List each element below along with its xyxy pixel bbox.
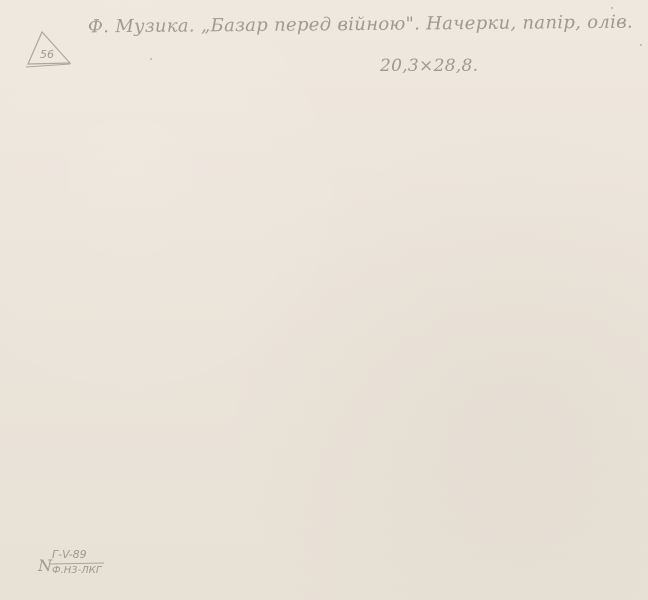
catalog-number: 56 (40, 48, 54, 61)
inventory-bottom-code: Ф.Н3-ЛКГ (52, 565, 101, 576)
inventory-mark: N Г-V-89 Ф.Н3-ЛКГ (38, 548, 148, 588)
inventory-top-code: Г-V-89 (52, 548, 87, 561)
paper-speck (611, 7, 613, 9)
artwork-caption: Ф. Музика. „Базар перед війною". Начерки… (88, 12, 633, 38)
paper-speck (150, 58, 152, 60)
paper-sheet: 56 Ф. Музика. „Базар перед війною". Наче… (0, 0, 648, 600)
inventory-prefix: N (38, 556, 52, 575)
paper-speck (640, 44, 642, 46)
artwork-dimensions: 20,3×28,8. (380, 56, 478, 76)
